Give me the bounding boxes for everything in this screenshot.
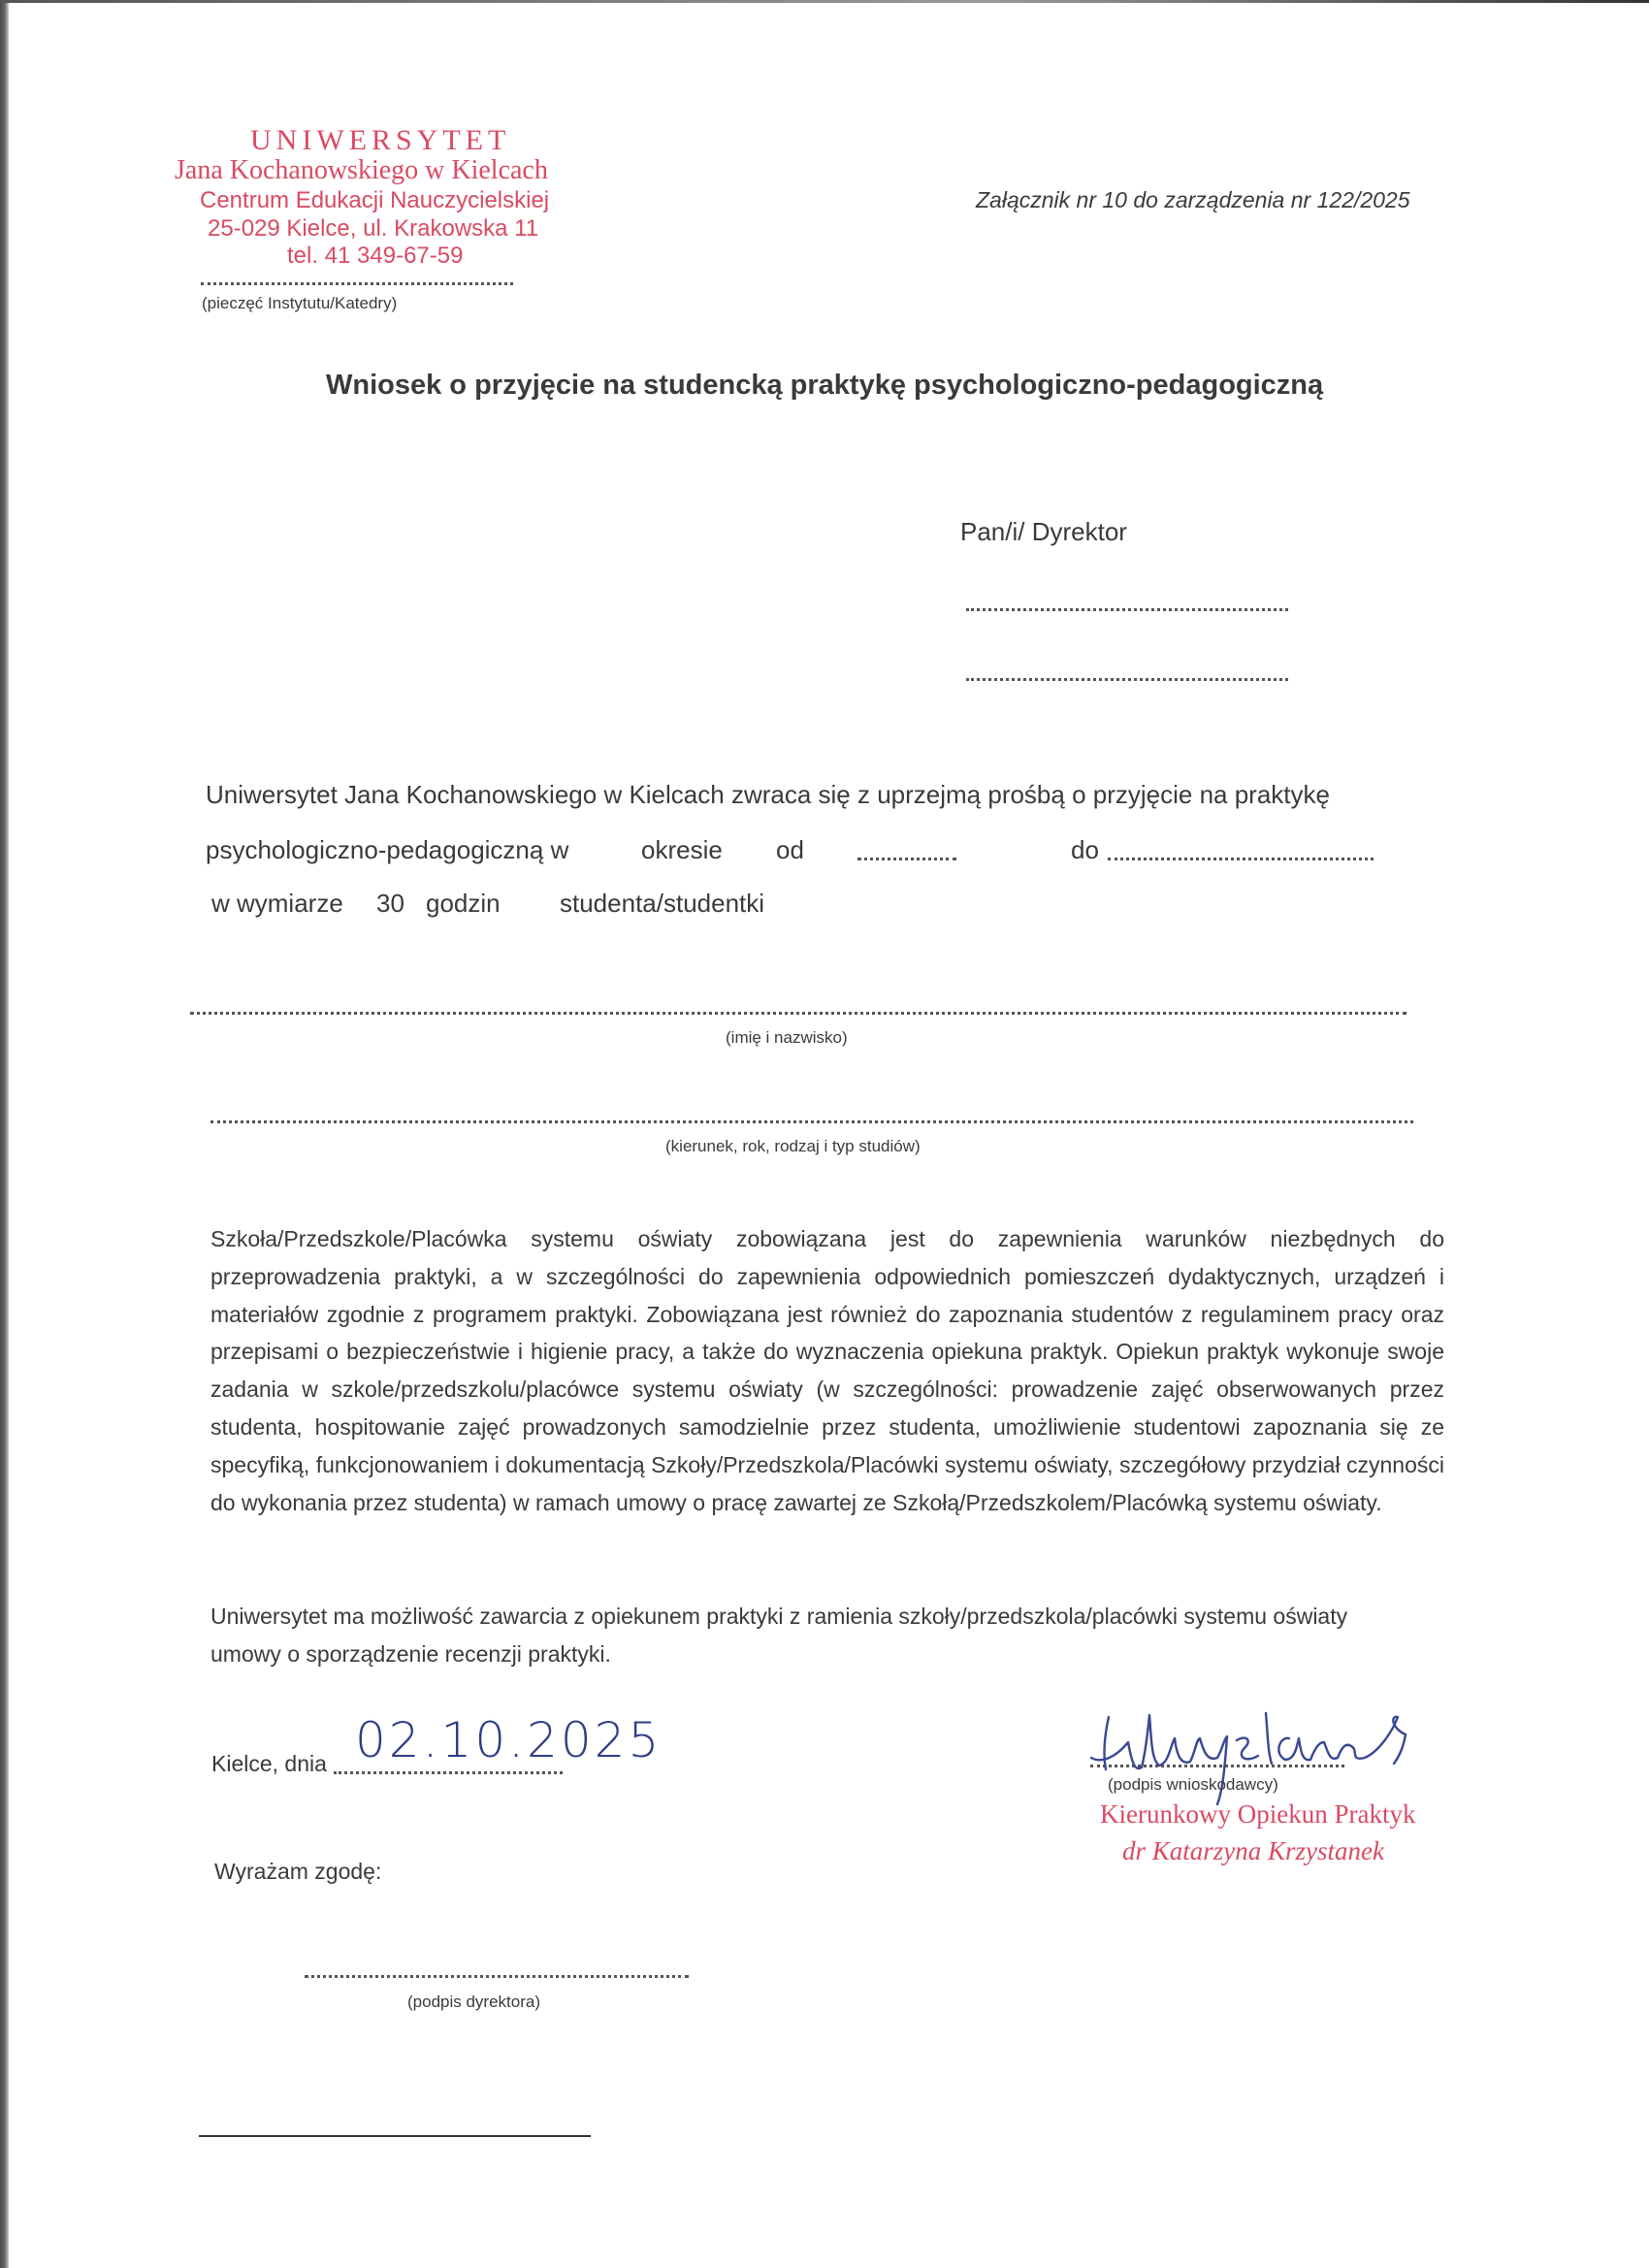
stamp-caption: (pieczęć Instytutu/Katedry) xyxy=(202,294,397,313)
request-hours-unit: godzin xyxy=(426,889,501,919)
addressee-line-1[interactable] xyxy=(966,608,1288,611)
request-line-2-prefix: psychologiczno-pedagogiczną w xyxy=(206,835,568,865)
bottom-rule xyxy=(199,2135,591,2137)
director-signature-line[interactable] xyxy=(305,1975,689,1978)
applicant-signature-icon xyxy=(1082,1696,1450,1812)
student-program-caption: (kierunek, rok, rodzaj i typ studiów) xyxy=(665,1137,921,1156)
request-period-label: okresie xyxy=(641,835,723,865)
document-title: Wniosek o przyjęcie na studencką praktyk… xyxy=(326,370,1323,402)
student-name-caption: (imię i nazwisko) xyxy=(726,1028,848,1048)
stamp-line-1: UNIWERSYTET xyxy=(250,124,510,157)
place-date-label: Kielce, dnia xyxy=(211,1751,327,1777)
annex-reference: Załącznik nr 10 do zarządzenia nr 122/20… xyxy=(976,187,1410,213)
applicant-name: dr Katarzyna Krzystanek xyxy=(1122,1836,1384,1866)
request-scope-label: w wymiarze xyxy=(211,889,343,919)
addressee-line-2[interactable] xyxy=(966,678,1288,681)
stamp-line-5: tel. 41 349-67-59 xyxy=(287,243,463,270)
date-handwritten-value: 02.10.2025 xyxy=(355,1712,662,1768)
stamp-line-4: 25-029 Kielce, ul. Krakowska 11 xyxy=(208,215,538,243)
student-program-field[interactable] xyxy=(210,1120,1413,1123)
request-from-label: od xyxy=(776,835,804,865)
request-hours-value: 30 xyxy=(376,889,404,919)
addressee-label: Pan/i/ Dyrektor xyxy=(960,517,1127,547)
request-student-label: studenta/studentki xyxy=(560,889,764,919)
stamp-dotted-line xyxy=(201,282,513,285)
scan-border-top xyxy=(0,0,1649,3)
period-to-field[interactable] xyxy=(1108,858,1374,860)
request-to-label: do xyxy=(1071,835,1099,865)
stamp-line-2: Jana Kochanowskiego w Kielcach xyxy=(175,155,548,186)
student-name-field[interactable] xyxy=(190,1012,1406,1015)
consent-label: Wyrażam zgodę: xyxy=(214,1859,381,1885)
stamp-line-3: Centrum Edukacji Nauczycielskiej xyxy=(200,187,549,214)
request-line-1: Uniwersytet Jana Kochanowskiego w Kielca… xyxy=(206,780,1330,810)
review-agreement-paragraph: Uniwersytet ma możliwość zawarcia z opie… xyxy=(210,1598,1423,1673)
date-field[interactable] xyxy=(334,1771,563,1774)
applicant-role: Kierunkowy Opiekun Praktyk xyxy=(1100,1799,1415,1830)
obligations-paragraph: Szkoła/Przedszkole/Placówka systemu oświ… xyxy=(210,1220,1444,1521)
director-signature-caption: (podpis dyrektora) xyxy=(407,1993,540,2012)
applicant-signature-caption: (podpis wnioskodawcy) xyxy=(1108,1775,1278,1795)
scan-border-left xyxy=(0,0,9,2268)
period-from-field[interactable] xyxy=(857,858,956,860)
